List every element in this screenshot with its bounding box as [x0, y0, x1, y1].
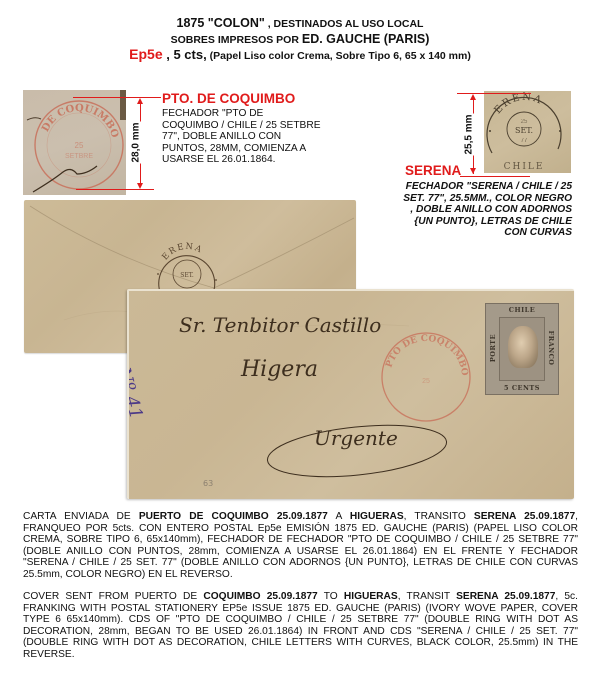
text: , TRANSITO — [404, 511, 474, 522]
pencil-note: 63 — [203, 479, 213, 488]
postal-stationery-indicium: CHILE PORTE FRANCO 5 CENTS — [485, 303, 559, 395]
svg-text:25: 25 — [422, 378, 430, 385]
svg-text:SET.: SET. — [180, 272, 194, 279]
label-connector — [153, 97, 161, 98]
svg-text:CHILE: CHILE — [504, 162, 545, 172]
svg-text:SET.: SET. — [515, 126, 533, 135]
columbus-portrait-icon — [508, 326, 538, 368]
coquimbo-postmark-icon: DE COQUIMBO 25 SETBRE — [23, 90, 126, 195]
svg-text:25: 25 — [521, 119, 528, 125]
indicium-left-text: PORTE — [489, 323, 497, 373]
catalog-value: , 5 cts, — [163, 47, 207, 62]
indicium-value-text: 5 CENTS — [486, 384, 558, 392]
svg-text:25: 25 — [75, 141, 84, 150]
measure-top-line-right — [457, 93, 531, 94]
coquimbo-description: FECHADOR "PTO DE COQUIMBO / CHILE / 25 S… — [162, 108, 322, 166]
measurement-label-serena: 25,5 mm — [464, 113, 475, 155]
text: , TRANSIT — [398, 591, 456, 602]
catalog-line: Ep5e , 5 cts, (Papel Liso color Crema, S… — [0, 46, 600, 62]
text: CARTA ENVIADA DE — [23, 511, 139, 522]
coquimbo-label: PTO. DE COQUIMBO — [162, 91, 295, 106]
arrow-down-icon — [137, 183, 143, 189]
measure-bottom-line-right — [460, 176, 530, 177]
svg-text:77: 77 — [521, 138, 528, 144]
measurement-label-coquimbo: 28,0 mm — [131, 121, 142, 163]
transit-bold: SERENA 25.09.1877 — [474, 511, 575, 522]
address-line-addressee: Sr. Tenbitor Castillo — [179, 313, 381, 337]
subtitle-pre: SOBRES IMPRESOS POR — [171, 34, 302, 46]
text: COVER SENT FROM PUERTO DE — [23, 591, 203, 602]
serena-postmark-detail-image: ERENA 25 SET. 77 CHILE — [484, 91, 571, 173]
indicium-right-text: FRANCO — [547, 323, 555, 373]
destination-bold: HIGUERAS — [350, 511, 404, 522]
svg-text:DE COQUIMBO: DE COQUIMBO — [40, 103, 120, 139]
arrow-up-icon — [137, 98, 143, 104]
serena-label: SERENA — [405, 163, 461, 178]
envelope-edge-shadow — [120, 90, 126, 120]
arrow-down-icon — [470, 168, 476, 174]
text: TO — [318, 591, 344, 602]
transit-bold: SERENA 25.09.1877 — [456, 591, 555, 602]
origin-bold: COQUIMBO 25.09.1877 — [203, 591, 317, 602]
text: A — [328, 511, 350, 522]
indicium-top-text: CHILE — [486, 306, 558, 314]
cover-front-image: PTO DE COQUIMBO 25 Sr. Tenbitor Castillo… — [127, 289, 574, 499]
serena-postmark-icon: ERENA 25 SET. 77 CHILE — [484, 91, 571, 173]
page-title: 1875 "COLON" , DESTINADOS AL USO LOCAL — [0, 16, 600, 30]
description-english: COVER SENT FROM PUERTO DE COQUIMBO 25.09… — [23, 591, 578, 661]
svg-text:ERENA: ERENA — [160, 242, 204, 263]
destination-bold: HIGUERAS — [344, 591, 398, 602]
svg-text:PTO DE COQUIMBO: PTO DE COQUIMBO — [384, 334, 469, 377]
address-line-town: Higera — [241, 357, 318, 382]
description-spanish: CARTA ENVIADA DE PUERTO DE COQUIMBO 25.0… — [23, 511, 578, 581]
coquimbo-postmark-detail-image: DE COQUIMBO 25 SETBRE — [23, 90, 126, 195]
title-main: 1875 "COLON" — [177, 16, 265, 30]
address-line-urgent: Urgente — [314, 426, 398, 450]
page-subtitle: SOBRES IMPRESOS POR ED. GAUCHE (PARIS) — [0, 32, 600, 46]
arrow-up-icon — [470, 94, 476, 100]
serena-description: FECHADOR "SERENA / CHILE / 25 SET. 77", … — [400, 181, 572, 239]
catalog-code: Ep5e — [129, 46, 162, 62]
subtitle-printer: ED. GAUCHE (PARIS) — [302, 32, 430, 46]
title-rest: , DESTINADOS AL USO LOCAL — [265, 18, 424, 30]
origin-bold: PUERTO DE COQUIMBO 25.09.1877 — [139, 511, 328, 522]
measure-bottom-line — [76, 189, 154, 190]
svg-text:SETBRE: SETBRE — [65, 153, 93, 160]
catalog-specs: (Papel Liso color Crema, Sobre Tipo 6, 6… — [207, 50, 471, 62]
